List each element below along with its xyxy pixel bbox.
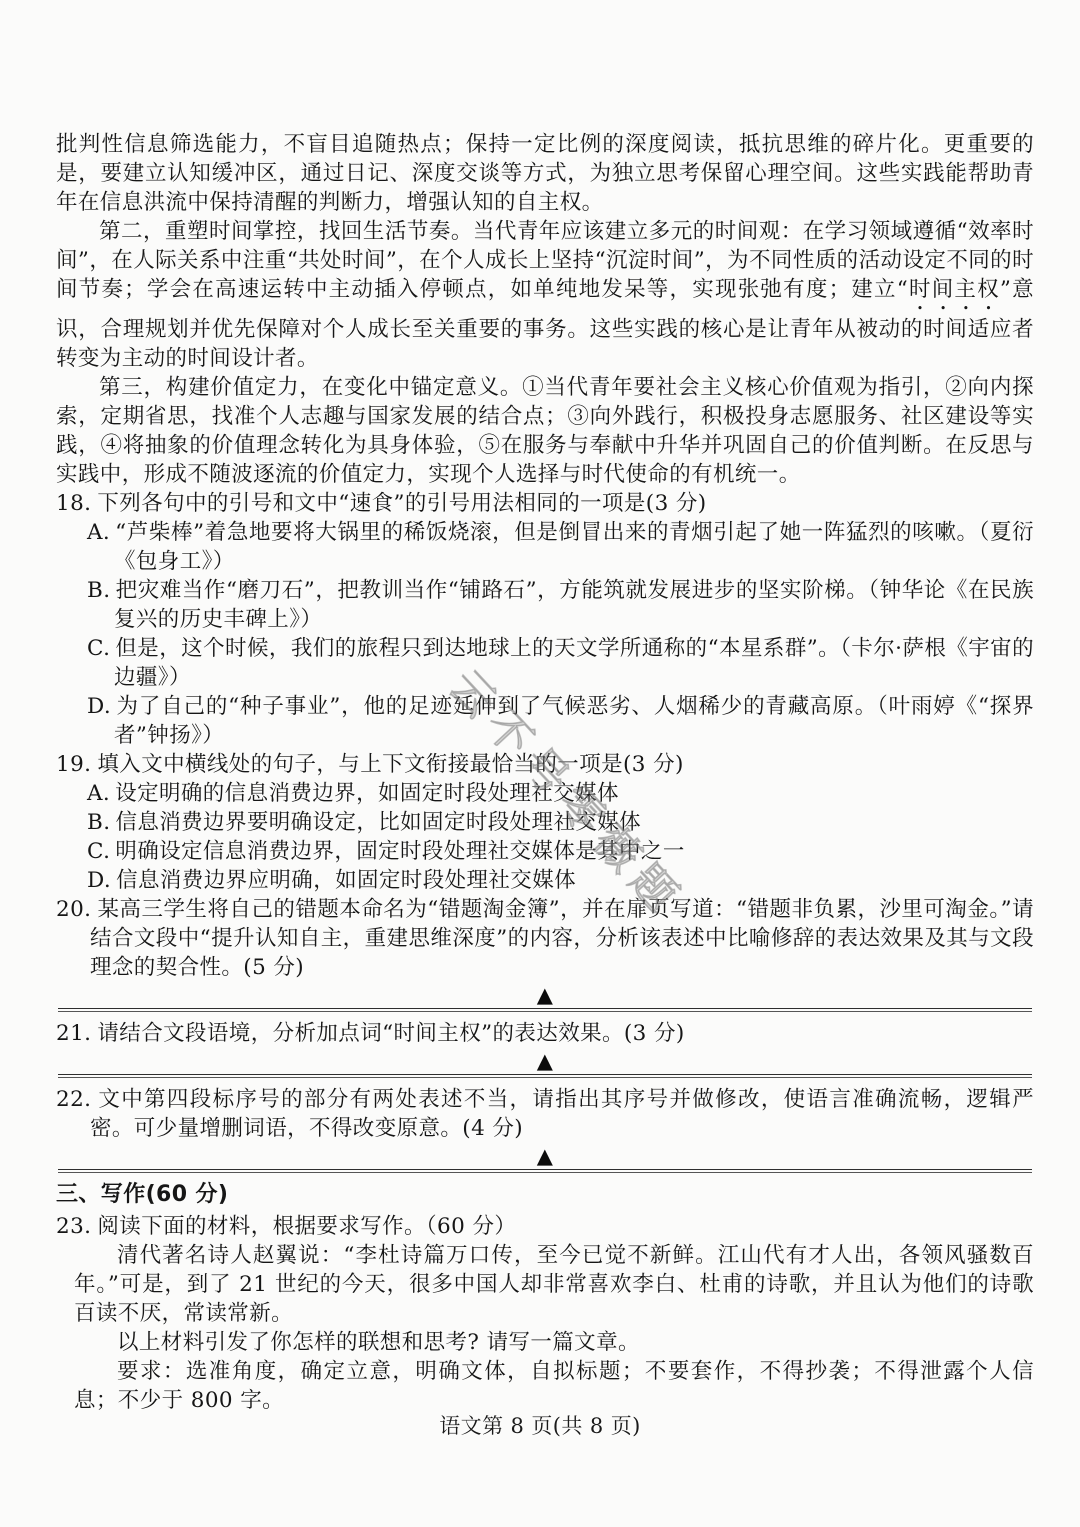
option-label: A. (87, 520, 110, 545)
passage-text: 第二，重塑时间掌控，找回生活节奏。当代青年应该建立多元的时间观：在学习领域遵循“… (56, 219, 1034, 302)
passage-paragraph-continuation: 批判性信息筛选能力，不盲目追随热点；保持一定比例的深度阅读，抵抗思维的碎片化。更… (56, 130, 1034, 217)
question-19-option-c: C.明确设定信息消费边界，固定时段处理社交媒体是其中之一 (56, 837, 1034, 866)
option-label: B. (87, 810, 110, 835)
option-text: 信息消费边界要明确设定，比如固定时段处理社交媒体 (115, 810, 641, 835)
answer-marker-triangle: ▲ (56, 983, 1034, 1008)
passage-paragraph-third: 第三，构建价值定力，在变化中锚定意义。①当代青年要社会主义核心价值观为指引，②向… (56, 373, 1034, 489)
question-stem: 下列各句中的引号和文中“速食”的引号用法相同的一项是(3 分) (97, 491, 706, 516)
option-text: 信息消费边界应明确，如固定时段处理社交媒体 (116, 868, 576, 893)
question-stem: 某高三学生将自己的错题本命名为“错题淘金簿”，并在扉页写道：“错题非负累，沙里可… (90, 897, 1034, 980)
option-label: C. (87, 636, 110, 661)
question-22: 22.文中第四段标序号的部分有两处表述不当，请指出其序号并做修改，使语言准确流畅… (56, 1085, 1034, 1143)
option-label: A. (87, 781, 110, 806)
question-19-option-b: B.信息消费边界要明确设定，比如固定时段处理社交媒体 (56, 808, 1034, 837)
option-label: D. (87, 694, 111, 719)
answer-divider-line (58, 1169, 1032, 1173)
question-19-option-a: A.设定明确的信息消费边界，如固定时段处理社交媒体 (56, 779, 1034, 808)
question-19-option-d: D.信息消费边界应明确，如固定时段处理社交媒体 (56, 866, 1034, 895)
exam-page: 批判性信息筛选能力，不盲目追随热点；保持一定比例的深度阅读，抵抗思维的碎片化。更… (0, 0, 1080, 1527)
footer-page-number: 语文第 8 页(共 8 页) (0, 1412, 1080, 1441)
question-21: 21.请结合文段语境，分析加点词“时间主权”的表达效果。(3 分) (56, 1019, 1034, 1048)
option-label: C. (87, 839, 110, 864)
question-number: 23. (56, 1214, 91, 1239)
question-number: 18. (56, 491, 91, 516)
question-18-option-b: B.把灾难当作“磨刀石”，把教训当作“铺路石”，方能筑就发展进步的坚实阶梯。（钟… (56, 576, 1034, 634)
essay-prompt: 以上材料引发了你怎样的联想和思考? 请写一篇文章。 (74, 1328, 1034, 1357)
question-stem: 文中第四段标序号的部分有两处表述不当，请指出其序号并做修改，使语言准确流畅，逻辑… (90, 1087, 1034, 1141)
question-number: 21. (56, 1021, 91, 1046)
emphasized-word: 时间主权 (908, 277, 1000, 302)
section-title-writing: 三、写作(60 分) (56, 1180, 1034, 1209)
essay-material: 清代著名诗人赵翼说：“李杜诗篇万口传，至今已觉不新鲜。江山代有才人出，各领风骚数… (74, 1241, 1034, 1328)
option-text: 但是，这个时候，我们的旅程只到达地球上的天文学所通称的“本星系群”。（卡尔·萨根… (114, 636, 1034, 690)
question-stem: 填入文中横线处的句子，与上下文衔接最恰当的一项是(3 分) (97, 752, 683, 777)
answer-divider-line (58, 1008, 1032, 1012)
option-text: 把灾难当作“磨刀石”，把教训当作“铺路石”，方能筑就发展进步的坚实阶梯。（钟华论… (114, 578, 1034, 632)
option-text: 为了自己的“种子事业”，他的足迹延伸到了气候恶劣、人烟稀少的青藏高原。（叶雨婷《… (114, 694, 1034, 748)
question-18-option-d: D.为了自己的“种子事业”，他的足迹延伸到了气候恶劣、人烟稀少的青藏高原。（叶雨… (56, 692, 1034, 750)
question-18: 18.下列各句中的引号和文中“速食”的引号用法相同的一项是(3 分) (56, 489, 1034, 518)
question-18-option-c: C.但是，这个时候，我们的旅程只到达地球上的天文学所通称的“本星系群”。（卡尔·… (56, 634, 1034, 692)
question-number: 22. (56, 1087, 91, 1112)
question-stem: 阅读下面的材料，根据要求写作。（60 分） (97, 1214, 516, 1239)
answer-area-22: ▲ (56, 1144, 1034, 1173)
question-18-option-a: A.“芦柴棒”着急地要将大锅里的稀饭烧滚，但是倒冒出来的青烟引起了她一阵猛烈的咳… (56, 518, 1034, 576)
answer-divider-line (58, 1074, 1032, 1078)
option-text: 明确设定信息消费边界，固定时段处理社交媒体是其中之一 (115, 839, 684, 864)
passage-paragraph-second: 第二，重塑时间掌控，找回生活节奏。当代青年应该建立多元的时间观：在学习领域遵循“… (56, 217, 1034, 373)
option-text: 设定明确的信息消费边界，如固定时段处理社交媒体 (115, 781, 619, 806)
question-stem: 请结合文段语境，分析加点词“时间主权”的表达效果。(3 分) (97, 1021, 684, 1046)
answer-area-20: ▲ (56, 983, 1034, 1012)
question-23: 23.阅读下面的材料，根据要求写作。（60 分） (56, 1212, 1034, 1241)
essay-requirements: 要求：选准角度，确定立意，明确文体，自拟标题；不要套作，不得抄袭；不得泄露个人信… (74, 1357, 1034, 1415)
question-number: 20. (56, 897, 91, 922)
option-label: D. (87, 868, 111, 893)
question-20: 20.某高三学生将自己的错题本命名为“错题淘金簿”，并在扉页写道：“错题非负累，… (56, 895, 1034, 982)
answer-area-21: ▲ (56, 1049, 1034, 1078)
answer-marker-triangle: ▲ (56, 1049, 1034, 1074)
option-label: B. (87, 578, 110, 603)
question-19: 19.填入文中横线处的句子，与上下文衔接最恰当的一项是(3 分) (56, 750, 1034, 779)
question-number: 19. (56, 752, 91, 777)
answer-marker-triangle: ▲ (56, 1144, 1034, 1169)
option-text: “芦柴棒”着急地要将大锅里的稀饭烧滚，但是倒冒出来的青烟引起了她一阵猛烈的咳嗽。… (114, 520, 1034, 574)
